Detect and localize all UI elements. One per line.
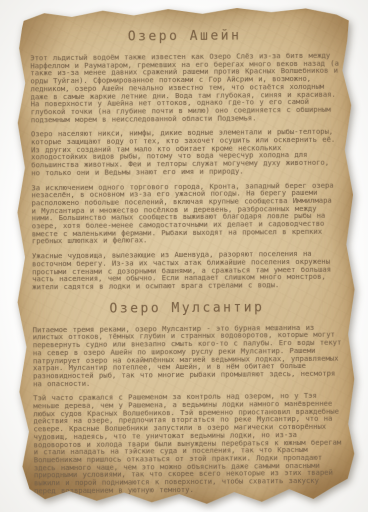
- paragraph: Озеро населяют никси, нимфы, дикие водны…: [31, 128, 340, 177]
- section-title-lake-mulsantir: Озеро Мулсантир: [32, 299, 341, 317]
- paragraph: За исключением одного торгового города, …: [31, 181, 341, 245]
- paragraph: Питаемое тремя реками, озеро Мулсантир -…: [33, 323, 343, 387]
- paragraph: Тэй часто сражался с Рашеменом за контро…: [33, 392, 343, 495]
- paragraph: Ужасные чудовища, вылезающие из Ашенвуда…: [32, 250, 341, 291]
- paragraph: Этот льдистый водоём также известен как …: [30, 52, 340, 124]
- page-text: Озеро Ашейн Этот льдистый водоём также и…: [30, 28, 343, 493]
- section-lake-mulsantir: Озеро Мулсантир Питаемое тремя реками, о…: [32, 299, 343, 494]
- parchment-page: Озеро Ашейн Этот льдистый водоём также и…: [10, 6, 358, 507]
- section-lake-ashane: Озеро Ашейн Этот льдистый водоём также и…: [30, 28, 341, 291]
- parchment-texture: Озеро Ашейн Этот льдистый водоём также и…: [10, 6, 358, 507]
- section-title-lake-ashane: Озеро Ашейн: [30, 28, 339, 46]
